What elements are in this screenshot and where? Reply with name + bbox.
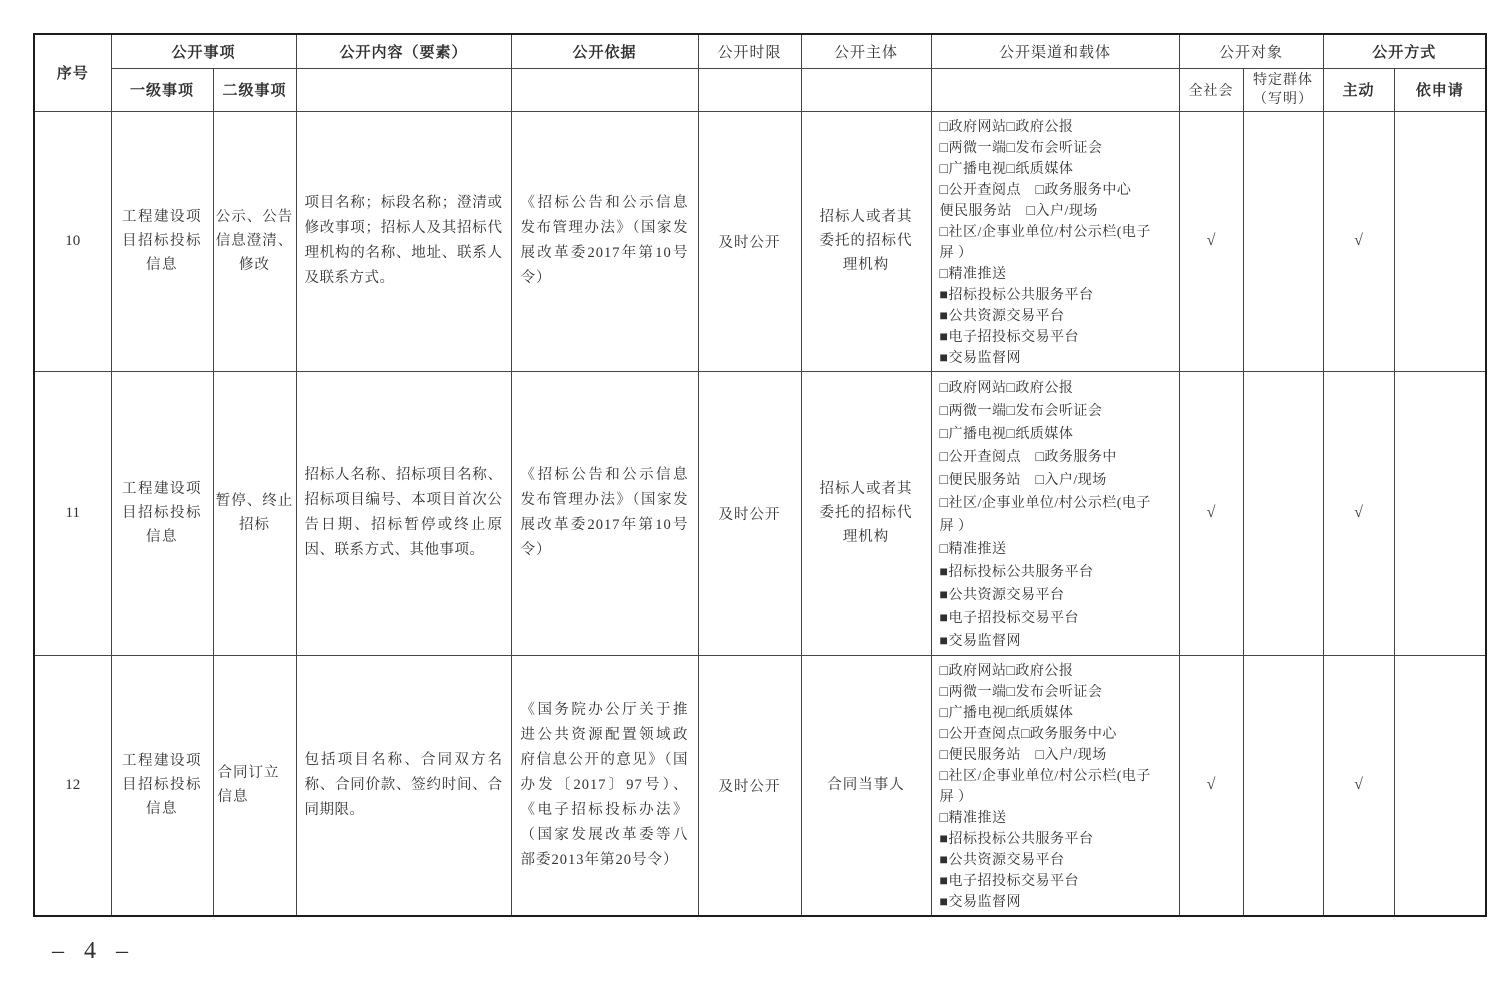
- row10-audience-specific-cell: [1243, 111, 1323, 371]
- channel-line: □广播电视□纸质媒体: [940, 423, 1177, 446]
- channel-line: ■交易监督网: [940, 630, 1177, 653]
- col-header-subject: 公开主体: [801, 34, 931, 68]
- col-header-seq: 序号: [34, 34, 111, 111]
- row11-method-on-request-cell: [1394, 371, 1486, 655]
- channel-line: □公开查阅点□政务服务中心: [940, 724, 1177, 745]
- channel-line: □两微一端□发布会听证会: [940, 682, 1177, 703]
- row11-seq: 11: [34, 371, 111, 655]
- channel-line: ■电子招投标交易平台: [940, 327, 1177, 348]
- channel-line: □社区/企事业单位/村公示栏(电子: [940, 766, 1177, 787]
- row12-basis: 《国务院办公厅关于推进公共资源配置领域政府信息公开的意见》（国办发〔2017〕9…: [511, 655, 698, 916]
- row10-content: 项目名称；标段名称；澄清或修改事项；招标人及其招标代理机构的名称、地址、联系人及…: [296, 111, 511, 371]
- channel-line: ■电子招投标交易平台: [940, 871, 1177, 892]
- row10-method-active-check: √: [1323, 111, 1394, 371]
- row11-subject: 招标人或者其委托的招标代理机构: [801, 371, 931, 655]
- channel-line: □公开查阅点 □政务服务中心: [940, 180, 1177, 201]
- header-empty-subject: [801, 68, 931, 111]
- channel-line: □广播电视□纸质媒体: [940, 159, 1177, 180]
- page-number: – 4 –: [52, 938, 135, 965]
- channel-line: □精准推送: [940, 808, 1177, 829]
- row12-method-active-check: √: [1323, 655, 1394, 916]
- col-header-content: 公开内容（要素）: [296, 34, 511, 68]
- row10-level1: 工程建设项目招标投标信息: [111, 111, 213, 371]
- disclosure-table: 序号 公开事项 公开内容（要素） 公开依据 公开时限 公开主体 公开渠道和载体 …: [33, 33, 1487, 917]
- table-row: 12 工程建设项目招标投标信息 合同订立信息 包括项目名称、合同双方名称、合同价…: [34, 655, 1486, 916]
- row10-channels: □政府网站□政府公报□两微一端□发布会听证会□广播电视□纸质媒体□公开查阅点 □…: [931, 111, 1179, 371]
- row11-time-limit: 及时公开: [698, 371, 801, 655]
- channel-line: □公开查阅点 □政务服务中: [940, 446, 1177, 469]
- channel-line: ■公共资源交易平台: [940, 306, 1177, 327]
- channel-line: 屏 ）: [940, 243, 1177, 264]
- header-row-2: 一级事项 二级事项 全社会 特定群体（写明） 主动 依申请: [34, 68, 1486, 111]
- channel-line: □精准推送: [940, 264, 1177, 285]
- header-empty-basis: [511, 68, 698, 111]
- channel-line: 便民服务站 □入户/现场: [940, 201, 1177, 222]
- row12-method-on-request-cell: [1394, 655, 1486, 916]
- header-row-1: 序号 公开事项 公开内容（要素） 公开依据 公开时限 公开主体 公开渠道和载体 …: [34, 34, 1486, 68]
- channel-line: □便民服务站 □入户/现场: [940, 469, 1177, 492]
- col-header-method-on-request: 依申请: [1394, 68, 1486, 111]
- row11-level2: 暂停、终止招标: [213, 371, 296, 655]
- channel-line: ■公共资源交易平台: [940, 584, 1177, 607]
- col-header-channels: 公开渠道和载体: [931, 34, 1179, 68]
- channel-line: □政府网站□政府公报: [940, 661, 1177, 682]
- row12-audience-all-check: √: [1179, 655, 1243, 916]
- row12-seq: 12: [34, 655, 111, 916]
- col-header-audience-specific: 特定群体（写明）: [1243, 68, 1323, 111]
- header-empty-channels: [931, 68, 1179, 111]
- channel-line: 屏 ）: [940, 515, 1177, 538]
- row11-method-active-check: √: [1323, 371, 1394, 655]
- channel-line: ■公共资源交易平台: [940, 850, 1177, 871]
- row12-level2: 合同订立信息: [213, 655, 296, 916]
- row12-content: 包括项目名称、合同双方名称、合同价款、签约时间、合同期限。: [296, 655, 511, 916]
- channel-line: □便民服务站 □入户/现场: [940, 745, 1177, 766]
- row10-level2: 公示、公告信息澄清、修改: [213, 111, 296, 371]
- row11-level1: 工程建设项目招标投标信息: [111, 371, 213, 655]
- channel-line: 屏 ）: [940, 787, 1177, 808]
- row10-subject: 招标人或者其委托的招标代理机构: [801, 111, 931, 371]
- channel-line: □两微一端□发布会听证会: [940, 400, 1177, 423]
- col-header-time-limit: 公开时限: [698, 34, 801, 68]
- channel-line: □精准推送: [940, 538, 1177, 561]
- row12-channels: □政府网站□政府公报□两微一端□发布会听证会□广播电视□纸质媒体□公开查阅点□政…: [931, 655, 1179, 916]
- channel-line: ■交易监督网: [940, 348, 1177, 369]
- channel-line: □政府网站□政府公报: [940, 117, 1177, 138]
- channel-line: □社区/企事业单位/村公示栏(电子: [940, 222, 1177, 243]
- col-header-basis: 公开依据: [511, 34, 698, 68]
- table-row: 11 工程建设项目招标投标信息 暂停、终止招标 招标人名称、招标项目名称、招标项…: [34, 371, 1486, 655]
- channel-line: ■招标投标公共服务平台: [940, 561, 1177, 584]
- row12-subject: 合同当事人: [801, 655, 931, 916]
- row11-channels: □政府网站□政府公报□两微一端□发布会听证会□广播电视□纸质媒体□公开查阅点 □…: [931, 371, 1179, 655]
- channel-line: ■交易监督网: [940, 892, 1177, 913]
- row10-audience-all-check: √: [1179, 111, 1243, 371]
- header-empty-time-limit: [698, 68, 801, 111]
- col-header-level2: 二级事项: [213, 68, 296, 111]
- row11-basis: 《招标公告和公示信息发布管理办法》（国家发展改革委2017年第10号令）: [511, 371, 698, 655]
- row11-audience-all-check: √: [1179, 371, 1243, 655]
- row10-basis: 《招标公告和公示信息发布管理办法》（国家发展改革委2017年第10号令）: [511, 111, 698, 371]
- channel-line: ■招标投标公共服务平台: [940, 285, 1177, 306]
- table-row: 10 工程建设项目招标投标信息 公示、公告信息澄清、修改 项目名称；标段名称；澄…: [34, 111, 1486, 371]
- row11-content: 招标人名称、招标项目名称、招标项目编号、本项目首次公告日期、招标暂停或终止原因、…: [296, 371, 511, 655]
- row12-level1: 工程建设项目招标投标信息: [111, 655, 213, 916]
- col-header-audience: 公开对象: [1179, 34, 1323, 68]
- row10-seq: 10: [34, 111, 111, 371]
- row11-audience-specific-cell: [1243, 371, 1323, 655]
- col-header-public-matter: 公开事项: [111, 34, 296, 68]
- channel-line: □社区/企事业单位/村公示栏(电子: [940, 492, 1177, 515]
- channel-line: ■招标投标公共服务平台: [940, 829, 1177, 850]
- row10-time-limit: 及时公开: [698, 111, 801, 371]
- channel-line: □广播电视□纸质媒体: [940, 703, 1177, 724]
- channel-line: □两微一端□发布会听证会: [940, 138, 1177, 159]
- col-header-level1: 一级事项: [111, 68, 213, 111]
- col-header-audience-all: 全社会: [1179, 68, 1243, 111]
- col-header-method: 公开方式: [1323, 34, 1486, 68]
- channel-line: □政府网站□政府公报: [940, 377, 1177, 400]
- row10-method-on-request-cell: [1394, 111, 1486, 371]
- row12-audience-specific-cell: [1243, 655, 1323, 916]
- header-empty-content: [296, 68, 511, 111]
- col-header-method-active: 主动: [1323, 68, 1394, 111]
- row12-time-limit: 及时公开: [698, 655, 801, 916]
- channel-line: ■电子招投标交易平台: [940, 607, 1177, 630]
